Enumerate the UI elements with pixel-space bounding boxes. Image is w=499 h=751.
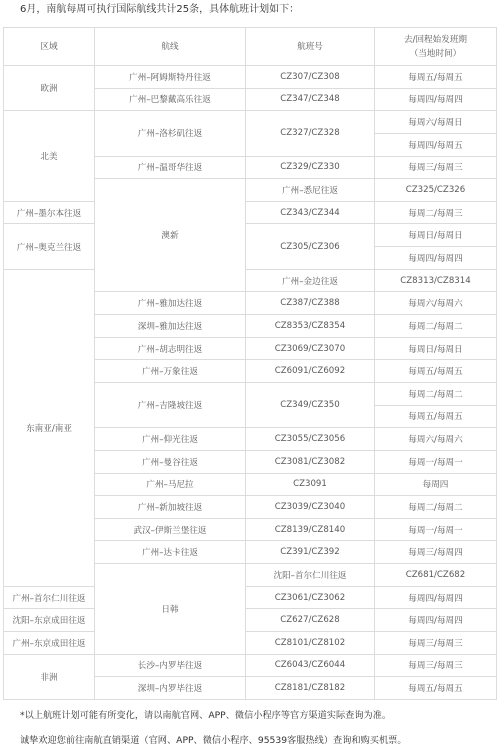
schedule-days-cell: 每周二/每周二 — [375, 496, 497, 519]
footnote-booking: 诚挚欢迎您前往南航直销渠道（官网、APP、微信小程序、95539客服热线）查询和… — [20, 734, 407, 747]
table-row: 广州–东京成田往返CZ8101/CZ8102每周三/每周三 — [4, 632, 497, 655]
flight-number-cell: CZ329/CZ330 — [246, 156, 375, 179]
schedule-days-cell: 每周四/每周四 — [375, 247, 497, 270]
flight-number-cell: CZ3081/CZ3082 — [246, 450, 375, 473]
route-cell: 广州–阿姆斯特丹往返 — [95, 66, 246, 89]
route-cell: 广州–马尼拉 — [95, 473, 246, 496]
header-days-line1: 去/回程始发班期 — [375, 33, 496, 47]
footnote-disclaimer: *以上航班计划可能有所变化，请以南航官网、APP、微信小程序等官方渠道实际查询为… — [20, 709, 391, 722]
table-row: 广州–奥克兰往返CZ305/CZ306每周日/每周日 — [4, 224, 497, 247]
flight-number-cell: CZ8353/CZ8354 — [246, 315, 375, 338]
region-cell: 澳新 — [95, 179, 246, 292]
route-cell: 广州–奥克兰往返 — [4, 224, 95, 269]
route-cell: 广州–温哥华往返 — [95, 156, 246, 179]
route-cell: 广州–胡志明往返 — [95, 337, 246, 360]
flight-number-cell: CZ343/CZ344 — [246, 201, 375, 224]
route-cell: 广州–悉尼往返 — [246, 179, 375, 202]
region-cell: 北美 — [4, 111, 95, 202]
flight-number-cell: CZ8101/CZ8102 — [246, 632, 375, 655]
route-cell: 深圳–内罗毕往返 — [95, 677, 246, 700]
schedule-days-cell: 每周一/每周一 — [375, 518, 497, 541]
flight-number-cell: CZ3055/CZ3056 — [246, 428, 375, 451]
table-row: 非洲长沙–内罗毕往返CZ6043/CZ6044每周三/每周三 — [4, 654, 497, 677]
route-cell: 沈阳–首尔仁川往返 — [246, 564, 375, 587]
schedule-days-cell: 每周三/每周三 — [375, 632, 497, 655]
route-cell: 广州–仰光往返 — [95, 428, 246, 451]
flight-number-cell: CZ6091/CZ6092 — [246, 360, 375, 383]
region-cell: 非洲 — [4, 654, 95, 699]
flight-number-cell: CZ327/CZ328 — [246, 111, 375, 156]
route-cell: 沈阳–东京成田往返 — [4, 609, 95, 632]
route-cell: 广州–巴黎戴高乐往返 — [95, 88, 246, 111]
flight-number-cell: CZ347/CZ348 — [246, 88, 375, 111]
route-cell: 广州–雅加达往返 — [95, 292, 246, 315]
flight-number-cell: CZ3069/CZ3070 — [246, 337, 375, 360]
table-row: 欧洲广州–阿姆斯特丹往返CZ307/CZ308每周五/每周五 — [4, 66, 497, 89]
region-cell: 日韩 — [95, 564, 246, 655]
schedule-days-cell: 每周四/每周四 — [375, 88, 497, 111]
route-cell: 广州–洛杉矶往返 — [95, 111, 246, 156]
table-row: 东南亚/南亚广州–金边往返CZ8313/CZ8314每周一/每周一 — [4, 269, 497, 292]
schedule-days-cell: 每周三/每周三 — [375, 156, 497, 179]
route-cell: 广州–曼谷往返 — [95, 450, 246, 473]
flight-number-cell: CZ305/CZ306 — [246, 224, 375, 269]
schedule-days-cell: 每周六/每周日 — [375, 111, 497, 134]
schedule-days-cell: 每周日/每周日 — [375, 224, 497, 247]
route-cell: 广州–首尔仁川往返 — [4, 586, 95, 609]
schedule-days-cell: 每周二/每周二 — [375, 382, 497, 405]
route-cell: 长沙–内罗毕往返 — [95, 654, 246, 677]
flight-number-cell: CZ3091 — [246, 473, 375, 496]
schedule-days-cell: 每周三/每周三 — [375, 654, 497, 677]
table-body: 欧洲广州–阿姆斯特丹往返CZ307/CZ308每周五/每周五广州–巴黎戴高乐往返… — [4, 66, 497, 700]
header-flight: 航班号 — [246, 28, 375, 66]
route-cell: 广州–金边往返 — [246, 269, 375, 292]
schedule-days-cell: 每周一/每周一 — [375, 450, 497, 473]
route-cell: 广州–东京成田往返 — [4, 632, 95, 655]
intro-text: 6月，南航每周可执行国际航线共计25条，具体航班计划如下： — [20, 3, 299, 17]
schedule-days-cell: 每周六/每周六 — [375, 292, 497, 315]
header-route: 航线 — [95, 28, 246, 66]
flight-number-cell: CZ8139/CZ8140 — [246, 518, 375, 541]
flight-number-cell: CZ8181/CZ8182 — [246, 677, 375, 700]
schedule-days-cell: 每周四/每周四 — [375, 609, 497, 632]
route-cell: 武汉–伊斯兰堡往返 — [95, 518, 246, 541]
flight-number-cell: CZ681/CZ682 — [375, 564, 497, 587]
schedule-days-cell: 每周五/每周五 — [375, 405, 497, 428]
flight-schedule-table: 区域 航线 航班号 去/回程始发班期 （当地时间） 欧洲广州–阿姆斯特丹往返CZ… — [3, 27, 497, 700]
flight-number-cell: CZ6043/CZ6044 — [246, 654, 375, 677]
region-cell: 东南亚/南亚 — [4, 269, 95, 586]
route-cell: 深圳–雅加达往返 — [95, 315, 246, 338]
table-row: 广州–墨尔本往返CZ343/CZ344每周二/每周三 — [4, 201, 497, 224]
schedule-days-cell: 每周四/每周四 — [375, 586, 497, 609]
flight-number-cell: CZ325/CZ326 — [375, 179, 497, 202]
schedule-days-cell: 每周二/每周二 — [375, 315, 497, 338]
header-region: 区域 — [4, 28, 95, 66]
schedule-days-cell: 每周六/每周六 — [375, 428, 497, 451]
schedule-days-cell: 每周四/每周五 — [375, 133, 497, 156]
route-cell: 广州–新加坡往返 — [95, 496, 246, 519]
schedule-days-cell: 每周五/每周五 — [375, 360, 497, 383]
schedule-days-cell: 每周日/每周日 — [375, 337, 497, 360]
flight-number-cell: CZ307/CZ308 — [246, 66, 375, 89]
schedule-days-cell: 每周五/每周五 — [375, 66, 497, 89]
table-header-row: 区域 航线 航班号 去/回程始发班期 （当地时间） — [4, 28, 497, 66]
flight-number-cell: CZ3061/CZ3062 — [246, 586, 375, 609]
flight-number-cell: CZ349/CZ350 — [246, 382, 375, 427]
route-cell: 广州–墨尔本往返 — [4, 201, 95, 224]
route-cell: 广州–达卡往返 — [95, 541, 246, 564]
header-days: 去/回程始发班期 （当地时间） — [375, 28, 497, 66]
schedule-days-cell: 每周二/每周三 — [375, 201, 497, 224]
flight-number-cell: CZ391/CZ392 — [246, 541, 375, 564]
table-row: 广州–首尔仁川往返CZ3061/CZ3062每周四/每周四 — [4, 586, 497, 609]
flight-number-cell: CZ3039/CZ3040 — [246, 496, 375, 519]
flight-number-cell: CZ627/CZ628 — [246, 609, 375, 632]
schedule-days-cell: 每周三/每周四 — [375, 541, 497, 564]
route-cell: 广州–吉隆坡往返 — [95, 382, 246, 427]
table-row: 北美广州–洛杉矶往返CZ327/CZ328每周六/每周日 — [4, 111, 497, 134]
route-cell: 广州–万象往返 — [95, 360, 246, 383]
flight-number-cell: CZ8313/CZ8314 — [375, 269, 497, 292]
schedule-days-cell: 每周四 — [375, 473, 497, 496]
table-row: 沈阳–东京成田往返CZ627/CZ628每周四/每周四 — [4, 609, 497, 632]
flight-number-cell: CZ387/CZ388 — [246, 292, 375, 315]
header-days-line2: （当地时间） — [375, 47, 496, 61]
schedule-days-cell: 每周五/每周五 — [375, 677, 497, 700]
region-cell: 欧洲 — [4, 66, 95, 111]
